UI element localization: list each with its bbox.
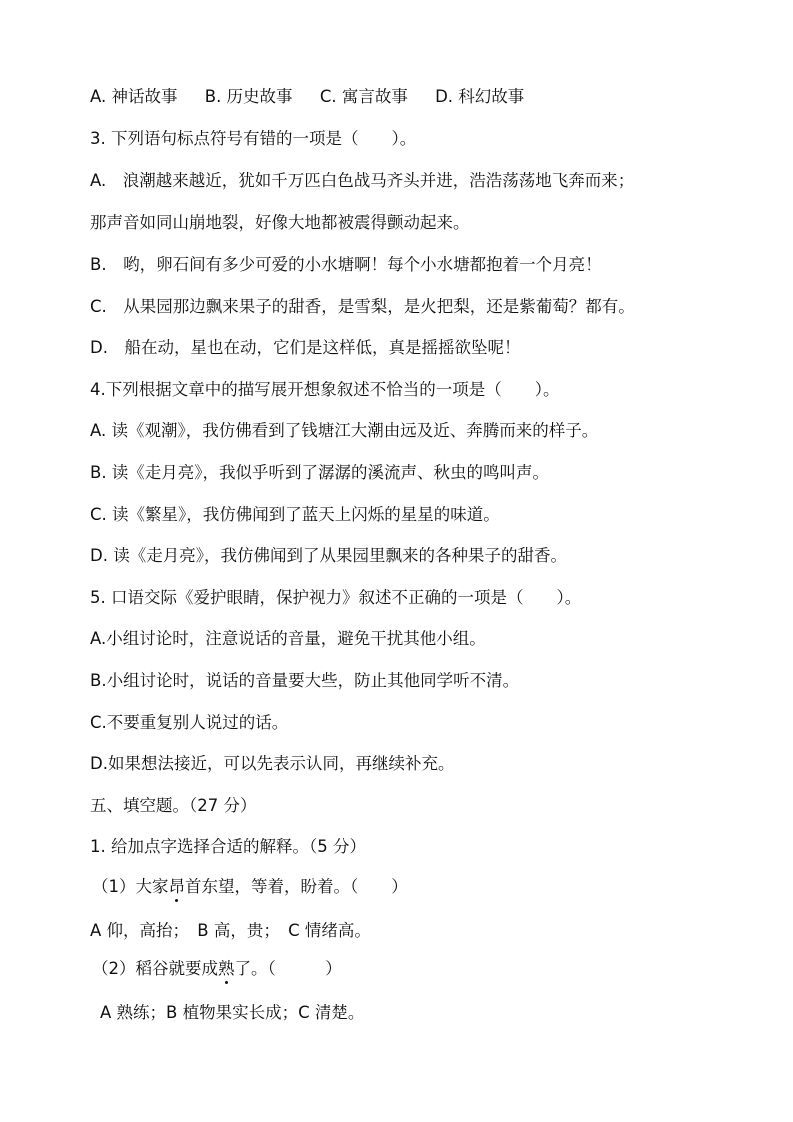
q3-option-a-line2: 那声音如同山崩地裂，好像大地都被震得颤动起来。: [90, 212, 470, 234]
q3-option-d: D. 船在动，星也在动，它们是这样低，真是摇摇欲坠呢！: [90, 337, 520, 359]
q3-stem: 3. 下列语句标点符号有错的一项是（ ）。: [90, 128, 416, 150]
q4-option-c: C. 读《繁星》，我仿佛闻到了蓝天上闪烁的星星的味道。: [90, 504, 500, 526]
q4-option-d: D. 读《走月亮》，我仿佛闻到了从果园里飘来的各种果子的甜香。: [90, 545, 567, 567]
q5-option-d: D.如果想法接近，可以先表示认同，再继续补充。: [90, 753, 454, 775]
item-2-dotted-char: 熟: [218, 958, 235, 980]
q2-option-d: D. 科幻故事: [435, 86, 524, 108]
q4-stem: 4.下列根据文章中的描写展开想象叙述不恰当的一项是（ ）。: [90, 379, 560, 401]
section-5-item-1: （1）大家昂首东望，等着，盼着。（ ）: [92, 876, 408, 898]
q2-option-b: B. 历史故事: [205, 86, 293, 108]
q3-option-a-line1: A. 浪潮越来越近，犹如千万匹白色战马齐头并进，浩浩荡荡地飞奔而来；: [90, 170, 634, 192]
q5-option-c: C.不要重复别人说过的话。: [90, 712, 288, 734]
q2-option-c: C. 寓言故事: [320, 86, 408, 108]
item-1-dotted-char: 昂: [169, 876, 186, 898]
section-5-item-2: （2）稻谷就要成熟了。（ ）: [92, 958, 342, 980]
q2-options-line: A. 神话故事 B. 历史故事 C. 寓言故事 D. 科幻故事: [90, 86, 546, 108]
q3-option-b: B. 哟，卵石间有多少可爱的小水塘啊！每个小水塘都抱着一个月亮！: [90, 254, 602, 276]
item-2-prefix: （2）稻谷就要成: [92, 959, 218, 978]
q5-stem: 5. 口语交际《爱护眼睛，保护视力》叙述不正确的一项是（ ）。: [90, 587, 581, 609]
section-5-q1-stem: 1. 给加点字选择合适的解释。（5 分）: [90, 836, 366, 858]
q5-option-b: B.小组讨论时，说话的音量要大些，防止其他同学听不清。: [90, 670, 519, 692]
section-5-title: 五、填空题。（27 分）: [90, 795, 257, 817]
q5-option-a: A.小组讨论时，注意说话的音量，避免干扰其他小组。: [90, 628, 486, 650]
q3-option-c: C. 从果园那边飘来果子的甜香，是雪梨，是火把梨，还是紫葡萄？都有。: [90, 296, 635, 318]
item-2-suffix: 了。（ ）: [235, 959, 342, 978]
item-1-prefix: （1）大家: [92, 877, 169, 896]
item-1-suffix: 首东望，等着，盼着。（ ）: [185, 877, 408, 896]
section-5-item-1-options: A 仰，高抬； B 高，贵； C 情绪高。: [90, 920, 371, 942]
q4-option-a: A. 读《观潮》，我仿佛看到了钱塘江大潮由远及近、奔腾而来的样子。: [90, 420, 598, 442]
q4-option-b: B. 读《走月亮》，我似乎听到了潺潺的溪流声、秋虫的鸣叫声。: [90, 462, 549, 484]
section-5-item-2-options: A 熟练；B 植物果实长成；C 清楚。: [100, 1002, 364, 1024]
q2-option-a: A. 神话故事: [90, 86, 178, 108]
